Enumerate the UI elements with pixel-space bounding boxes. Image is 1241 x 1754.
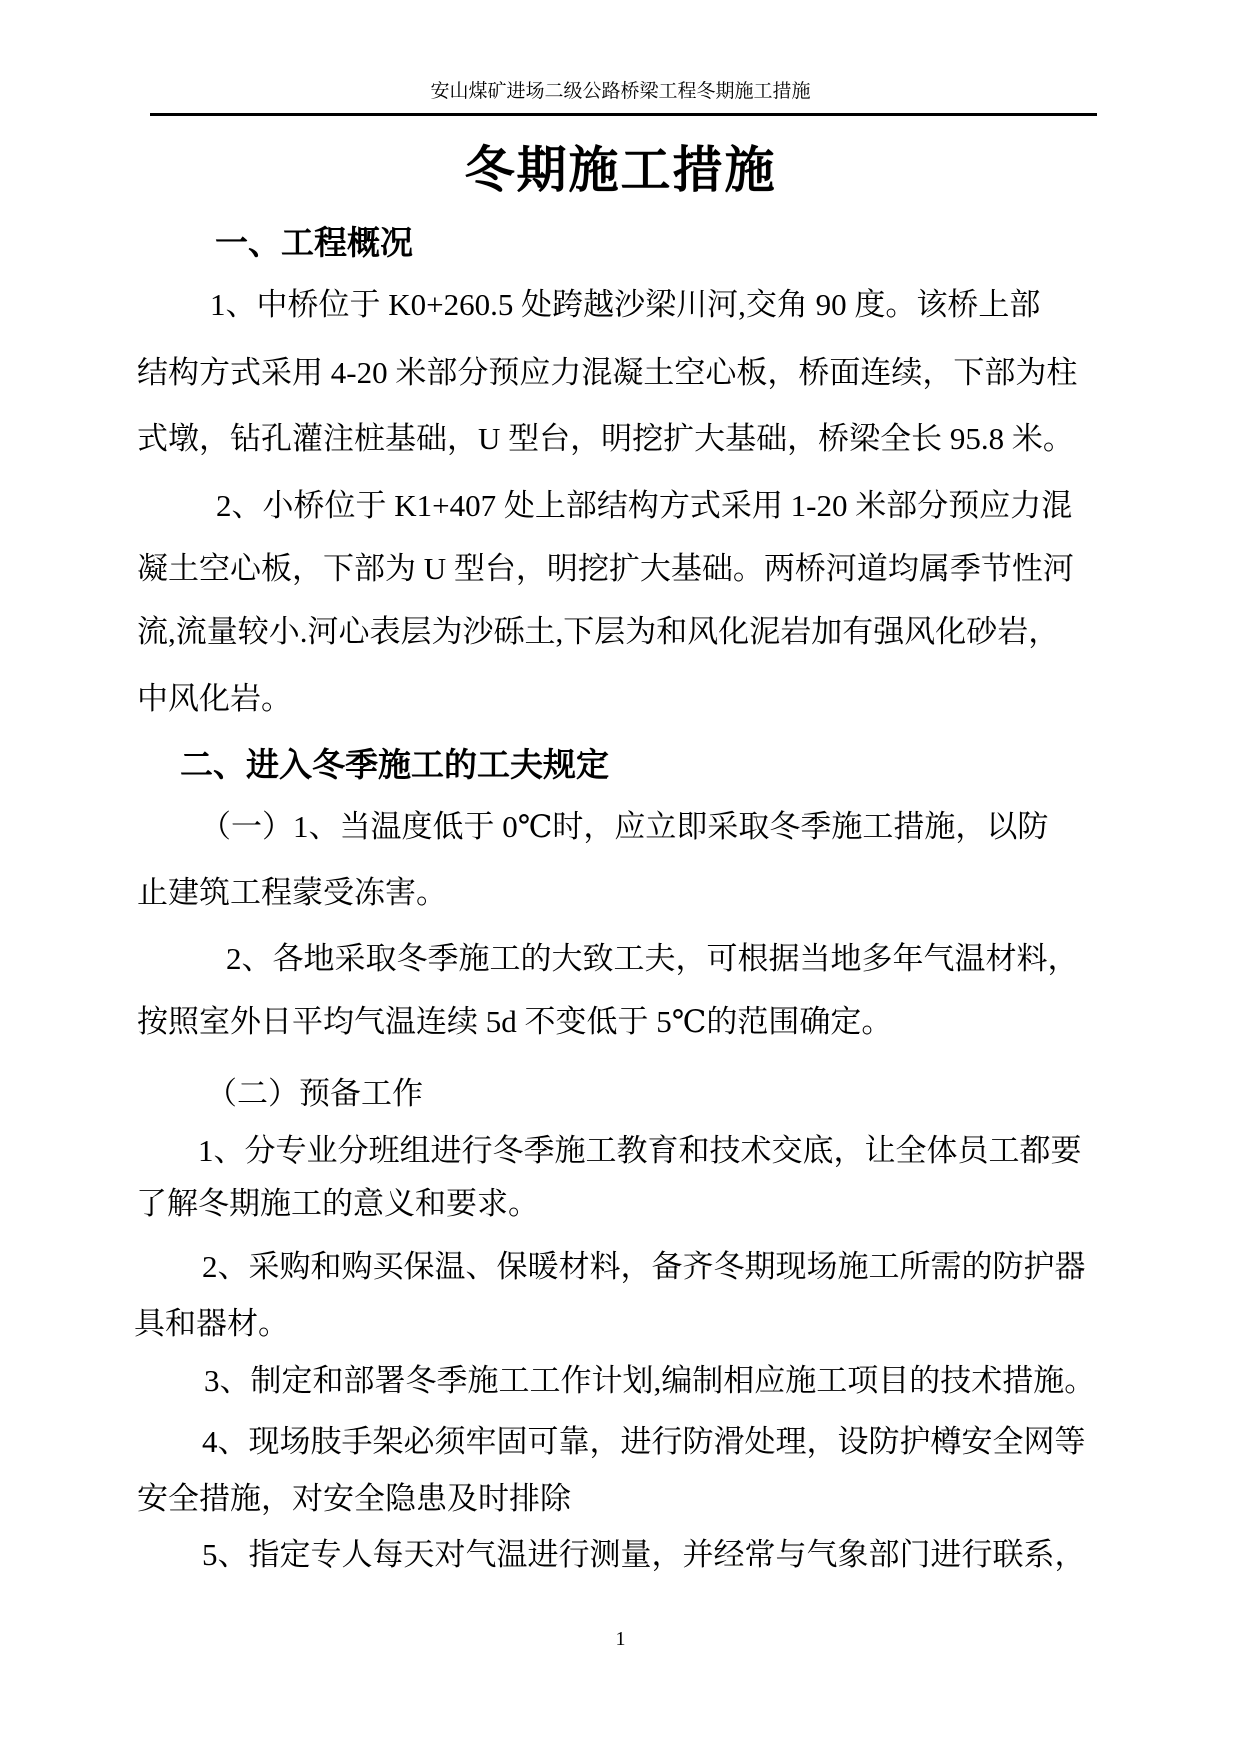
text-line: 2、小桥位于 K1+407 处上部结构方式采用 1-20 米部分预应力混 (216, 490, 1072, 521)
text-line: 式墩，钻孔灌注桩基础，U 型台，明挖扩大基础，桥梁全长 95.8 米。 (137, 423, 1074, 454)
text-line: 止建筑工程蒙受冻害。 (137, 877, 447, 908)
text-line: 2、采购和购买保温、保暖材料，备齐冬期现场施工所需的防护器 (202, 1251, 1086, 1282)
text-line: 凝土空心板，下部为 U 型台，明挖扩大基础。两桥河道均属季节性河 (137, 553, 1074, 584)
text-line: （二）预备工作 (206, 1078, 423, 1109)
page-number: 1 (0, 1629, 1241, 1649)
text-line: 了解冬期施工的意义和要求。 (136, 1188, 539, 1219)
document-page: 安山煤矿进场二级公路桥梁工程冬期施工措施 冬期施工措施 一、工程概况1、中桥位于… (0, 0, 1241, 1754)
text-line: 1、分专业分班组进行冬季施工教育和技术交底，让全体员工都要 (198, 1135, 1082, 1166)
text-line: 4、现场肢手架必须牢固可靠，进行防滑处理，设防护樽安全网等 (202, 1426, 1086, 1457)
text-line: 中风化岩。 (137, 683, 292, 714)
section-heading: 二、进入冬季施工的工夫规定 (180, 748, 609, 781)
text-line: 5、指定专人每天对气温进行测量，并经常与气象部门进行联系， (202, 1539, 1086, 1570)
text-line: 1、中桥位于 K0+260.5 处跨越沙梁川河,交角 90 度。该桥上部 (210, 289, 1040, 320)
text-line: 按照室外日平均气温连续 5d 不变低于 5℃的范围确定。 (137, 1006, 892, 1037)
text-line: 结构方式采用 4-20 米部分预应力混凝土空心板，桥面连续，下部为柱 (137, 357, 1077, 388)
header-rule (150, 113, 1097, 116)
text-line: 流,流量较小.河心表层为沙砾土,下层为和风化泥岩加有强风化砂岩， (137, 616, 1059, 647)
text-line: 2、各地采取冬季施工的大致工夫，可根据当地多年气温材料， (226, 943, 1079, 974)
text-line: 3、制定和部署冬季施工工作计划,编制相应施工项目的技术措施。 (204, 1365, 1095, 1396)
running-header: 安山煤矿进场二级公路桥梁工程冬期施工措施 (0, 82, 1241, 103)
text-line: （一）1、当温度低于 0℃时，应立即采取冬季施工措施，以防 (200, 811, 1048, 842)
text-line: 安全措施，对安全隐患及时排除 (137, 1483, 571, 1514)
section-heading: 一、工程概况 (215, 226, 413, 259)
document-title: 冬期施工措施 (0, 140, 1241, 200)
text-line: 具和器材。 (134, 1308, 289, 1339)
